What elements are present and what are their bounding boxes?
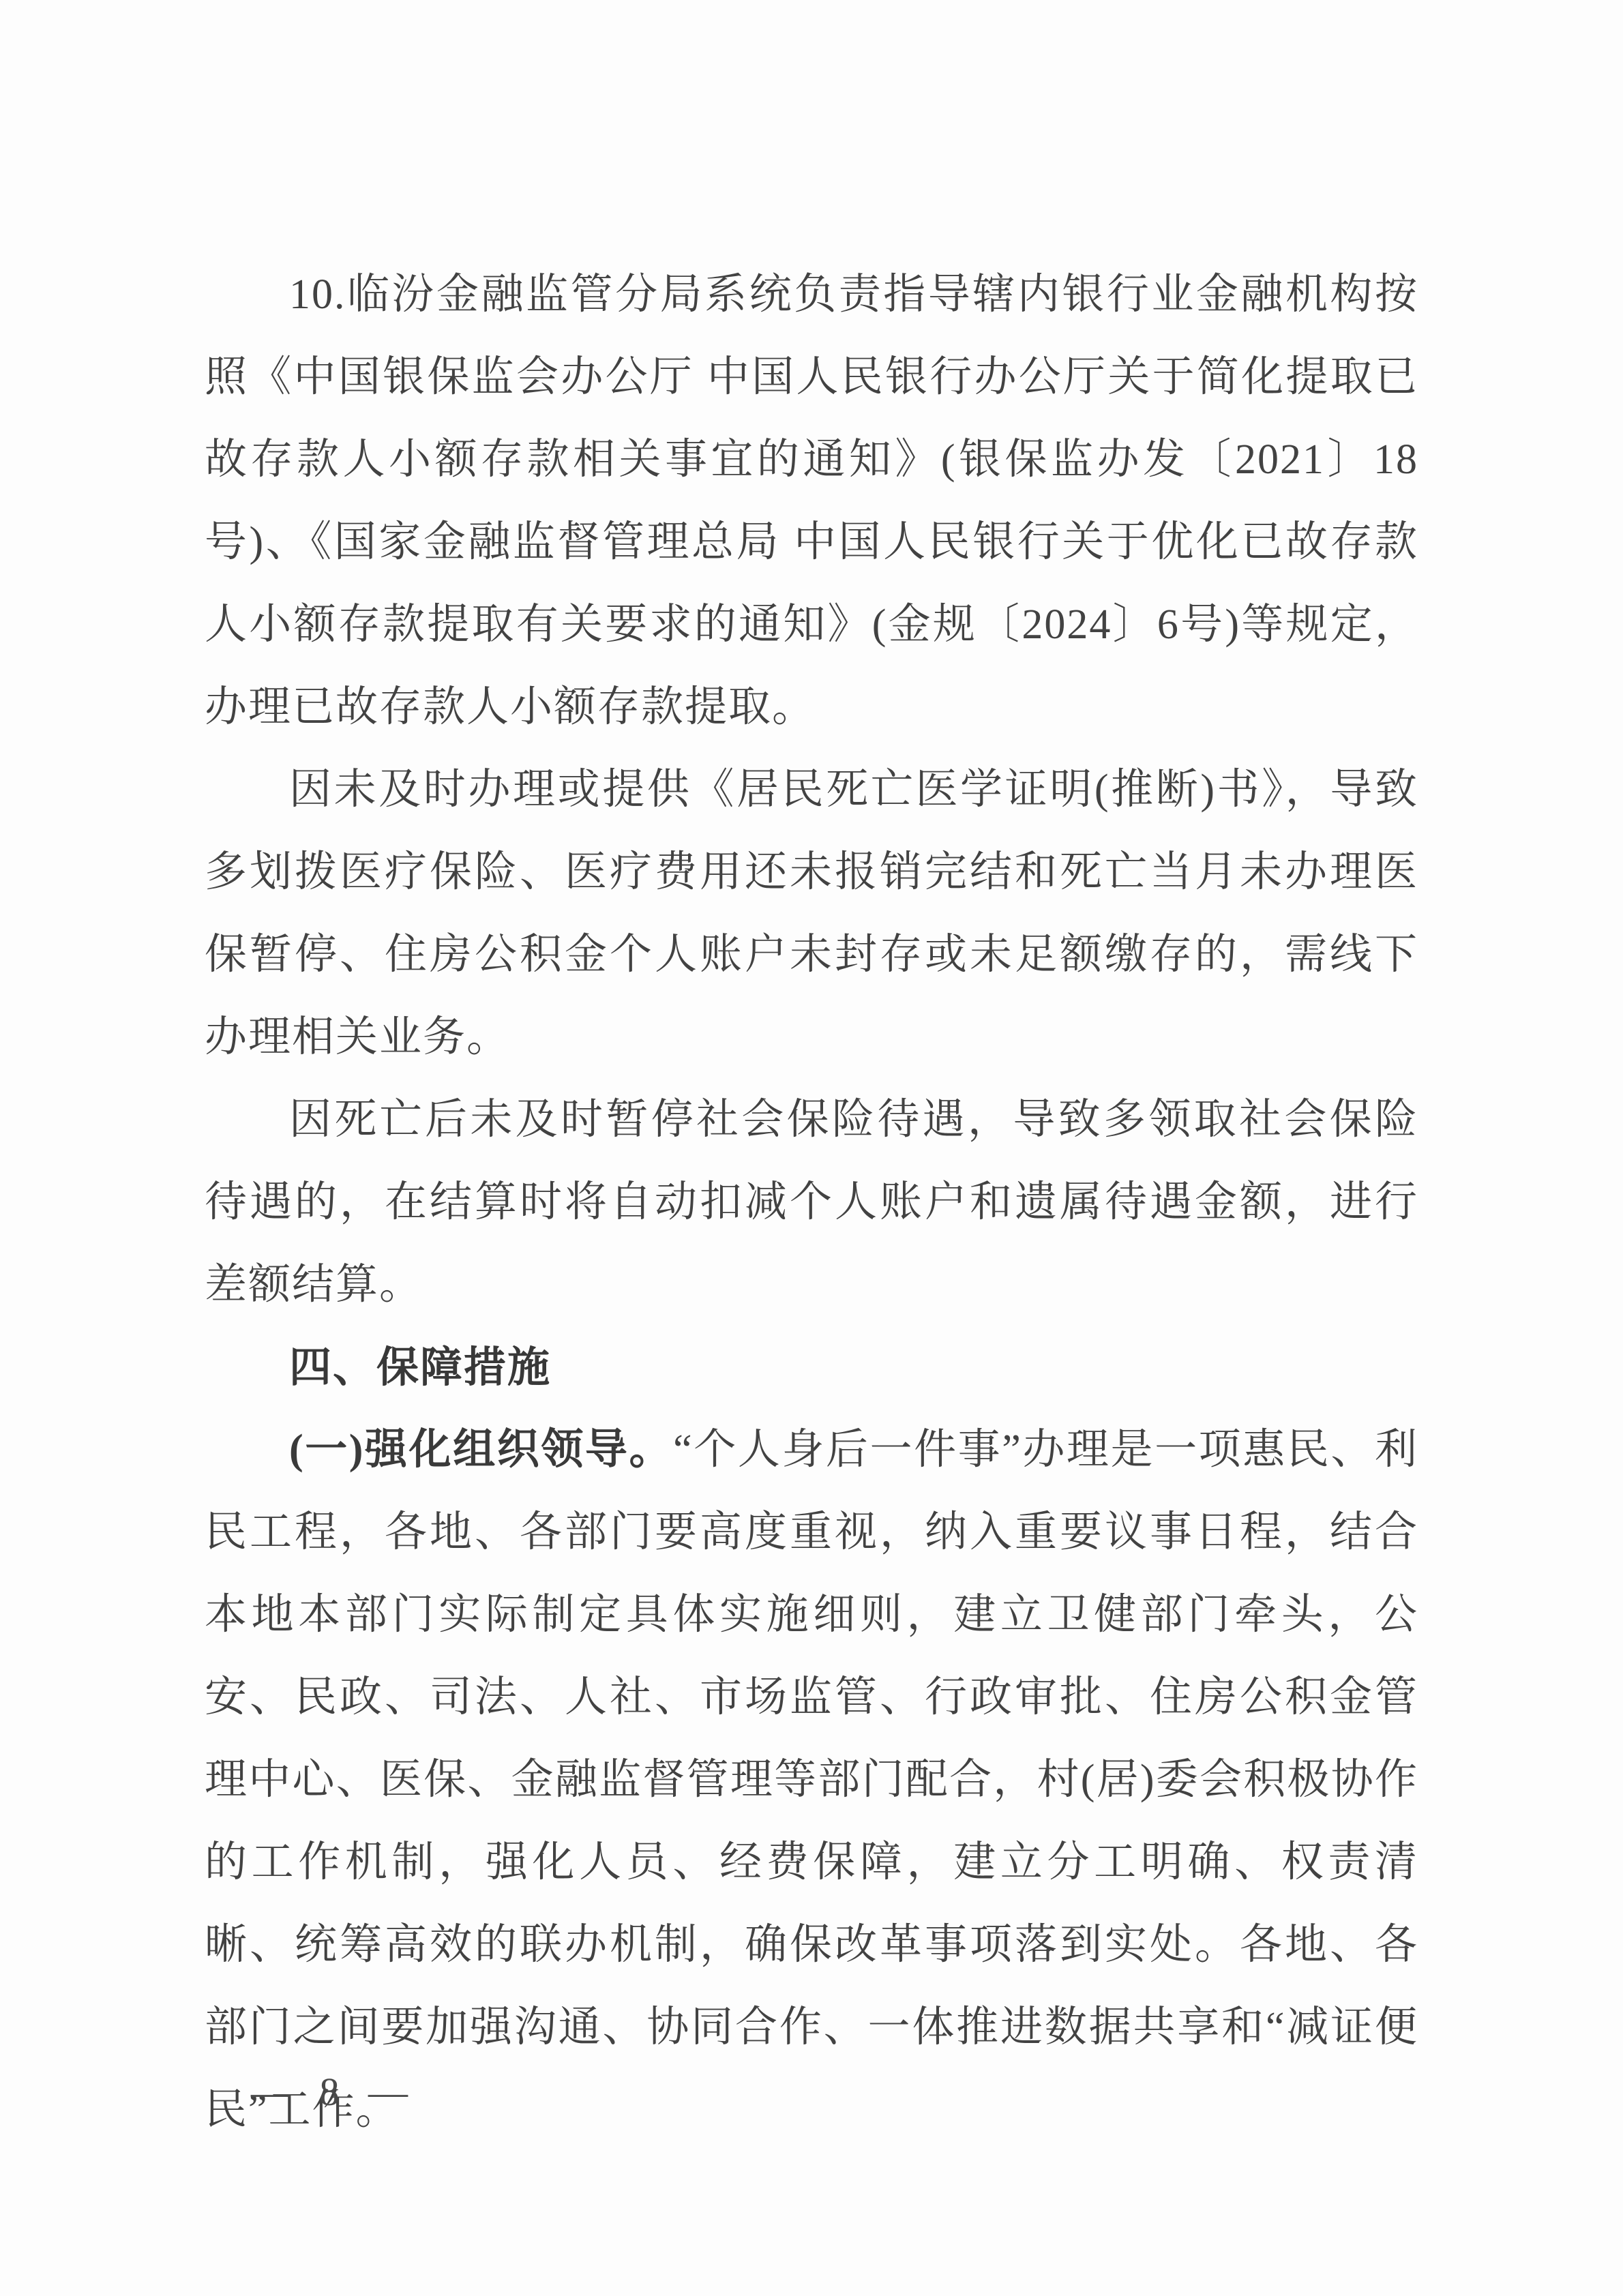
paragraph-death-certificate-offline: 因未及时办理或提供《居民死亡医学证明(推断)书》，导致多划拨医疗保险、医疗费用还… (205, 749, 1418, 1079)
page-number: — 8 — (251, 2065, 417, 2119)
paragraph-deposit-withdrawal: 10.临汾金融监管分局系统负责指导辖内银行业金融机构按照《中国银保监会办公厅 中… (205, 254, 1418, 749)
document-page: 10.临汾金融监管分局系统负责指导辖内银行业金融机构按照《中国银保监会办公厅 中… (0, 0, 1623, 2296)
paragraph-text-strengthen-leadership: “个人身后一件事”办理是一项惠民、利民工程，各地、各部门要高度重视，纳入重要议事… (205, 1427, 1418, 2133)
paragraph-organizational-leadership: (一)强化组织领导。“个人身后一件事”办理是一项惠民、利民工程，各地、各部门要高… (205, 1409, 1418, 2151)
section-heading-safeguard-measures: 四、保障措施 (205, 1326, 1418, 1409)
document-body: 10.临汾金融监管分局系统负责指导辖内银行业金融机构按照《中国银保监会办公厅 中… (205, 254, 1418, 2151)
paragraph-social-insurance-settlement: 因死亡后未及时暂停社会保险待遇，导致多领取社会保险待遇的，在结算时将自动扣减个人… (205, 1079, 1418, 1326)
paragraph-lead-strengthen-leadership: (一)强化组织领导。 (289, 1427, 673, 1473)
